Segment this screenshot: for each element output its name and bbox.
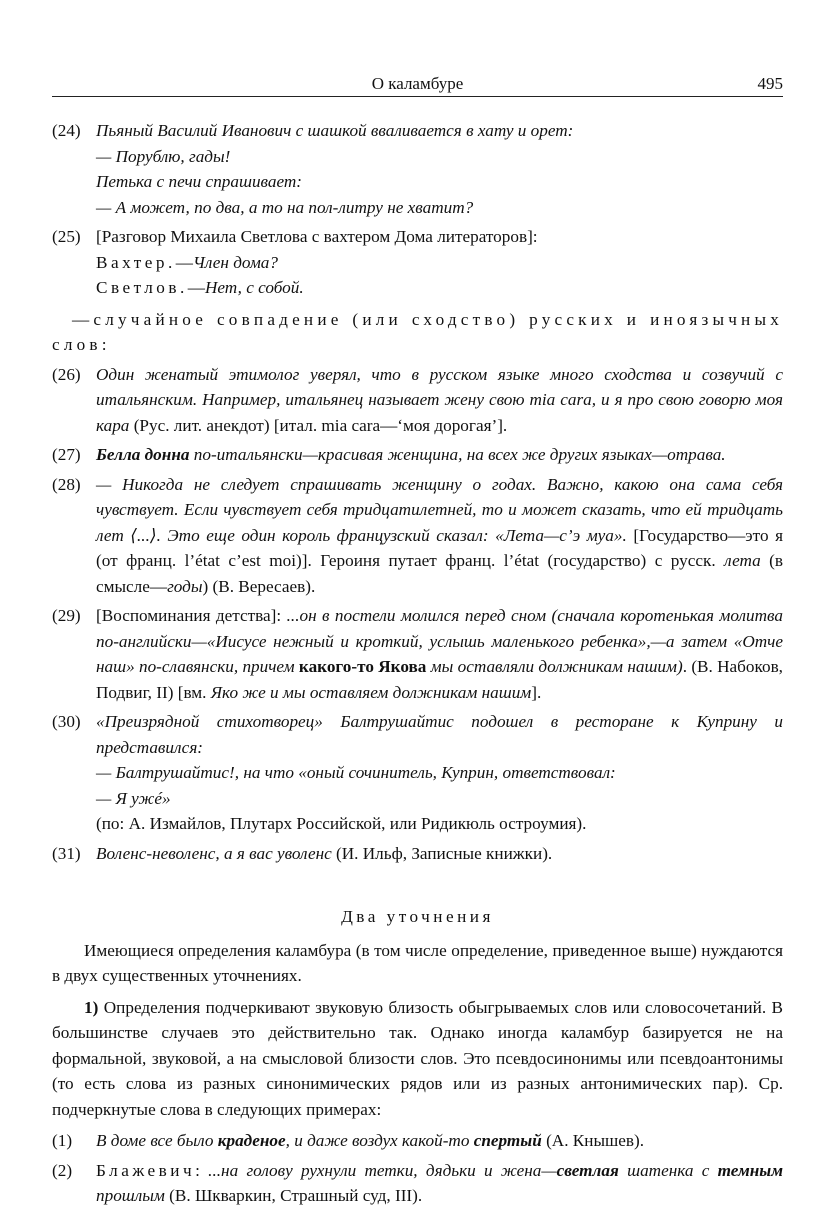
example-line: — Порублю, гады! bbox=[96, 144, 783, 170]
example-line: (по: А. Измайлов, Плутарх Российской, ил… bbox=[96, 811, 783, 837]
page-content: (24)Пьяный Василий Иванович с шашкой вва… bbox=[52, 118, 783, 1213]
text-run: — А может, по два, а то на пол-литру не … bbox=[96, 198, 473, 217]
paragraph-2: 1) Определения подчеркивают звуковую бли… bbox=[52, 995, 783, 1123]
example-number: (29) bbox=[52, 603, 96, 705]
text-run: — bbox=[188, 278, 205, 297]
example-item: (25)[Разговор Михаила Светлова с вахтеро… bbox=[52, 224, 783, 301]
text-run: какого-то Якова bbox=[299, 657, 426, 676]
example-number: (30) bbox=[52, 709, 96, 837]
example-line: Петька с печи спрашивает: bbox=[96, 169, 783, 195]
example-line: Светлов.—Нет, с собой. bbox=[96, 275, 783, 301]
example-text: Пьяный Василий Иванович с шашкой ввалива… bbox=[96, 118, 783, 220]
example-line: «Преизрядной стихотворец» Балтрушайтис п… bbox=[96, 709, 783, 760]
text-run: ...на голову рухнули тетки, дядьки и жен… bbox=[208, 1161, 557, 1180]
example-line: — Я ужé» bbox=[96, 786, 783, 812]
example-text: — Никогда не следует спрашивать женщину … bbox=[96, 472, 783, 600]
text-run: (А. Кнышев). bbox=[542, 1131, 644, 1150]
example-text: Воленс-неволенс, а я вас уволенс (И. Иль… bbox=[96, 841, 783, 867]
text-run: темным bbox=[718, 1161, 783, 1180]
example-item: (31)Воленс-неволенс, а я вас уволенс (И.… bbox=[52, 841, 783, 867]
text-run: — Порублю, гады! bbox=[96, 147, 230, 166]
page-number: 495 bbox=[758, 74, 784, 94]
example-item: (27)Белла донна по-итальянски—красивая ж… bbox=[52, 442, 783, 468]
example-line: [Воспоминания детства]: ...он в постели … bbox=[96, 603, 783, 705]
text-run: прошлым bbox=[96, 1186, 165, 1205]
paragraph-number: 1) bbox=[84, 998, 98, 1017]
example-item: (1)В доме все было краденое, и даже возд… bbox=[52, 1128, 783, 1154]
example-line: Блажевич: ...на голову рухнули тетки, дя… bbox=[96, 1158, 783, 1209]
text-run: лета bbox=[724, 551, 761, 570]
text-run: (В. Шкваркин, Страшный суд, III). bbox=[165, 1186, 422, 1205]
example-item: (2)Блажевич: ...на голову рухнули тетки,… bbox=[52, 1158, 783, 1209]
example-text: [Воспоминания детства]: ...он в постели … bbox=[96, 603, 783, 705]
example-number: (28) bbox=[52, 472, 96, 600]
example-line: В доме все было краденое, и даже воздух … bbox=[96, 1128, 783, 1154]
text-run: Пьяный Василий Иванович с шашкой ввалива… bbox=[96, 121, 573, 140]
text-run: [Воспоминания детства]: bbox=[96, 606, 287, 625]
text-run: ]. bbox=[531, 683, 541, 702]
text-run: Белла донна bbox=[96, 445, 189, 464]
example-line: — Никогда не следует спрашивать женщину … bbox=[96, 472, 783, 600]
text-run: мы оставляли должникам нашим) bbox=[426, 657, 682, 676]
paragraph-1: Имеющиеся определения каламбура (в том ч… bbox=[52, 938, 783, 989]
text-run: годы bbox=[167, 577, 202, 596]
example-line: Пьяный Василий Иванович с шашкой ввалива… bbox=[96, 118, 783, 144]
example-line: Вахтер.—Член дома? bbox=[96, 250, 783, 276]
text-run: (Рус. лит. анекдот) [итал. mia cara—‘моя… bbox=[129, 416, 507, 435]
example-line: — Балтрушайтис!, на что «оный сочинитель… bbox=[96, 760, 783, 786]
example-number: (1) bbox=[52, 1128, 96, 1154]
example-item: (30)«Преизрядной стихотворец» Балтрушайт… bbox=[52, 709, 783, 837]
text-run: [Разговор Михаила Светлова с вахтером До… bbox=[96, 227, 538, 246]
text-run: по-итальянски—красивая женщина, на всех … bbox=[189, 445, 725, 464]
text-run: Светлов. bbox=[96, 278, 188, 297]
text-run: «Преизрядной стихотворец» Балтрушайтис п… bbox=[96, 712, 783, 757]
paragraph-2-text: Определения подчеркивают звуковую близос… bbox=[52, 998, 783, 1119]
example-line: — А может, по два, а то на пол-литру не … bbox=[96, 195, 783, 221]
text-run: Яко же и мы оставляем должникам нашим bbox=[211, 683, 532, 702]
intro-line: —случайное совпадение (или сходство) рус… bbox=[52, 307, 783, 358]
text-run: Воленс-неволенс, а я вас уволенс bbox=[96, 844, 332, 863]
example-item: (28)— Никогда не следует спрашивать женщ… bbox=[52, 472, 783, 600]
text-run: спертый bbox=[474, 1131, 542, 1150]
example-item: (26)Один женатый этимолог уверял, что в … bbox=[52, 362, 783, 439]
text-run: шатенка с bbox=[619, 1161, 718, 1180]
example-text: Один женатый этимолог уверял, что в русс… bbox=[96, 362, 783, 439]
example-number: (26) bbox=[52, 362, 96, 439]
examples-list-a: (24)Пьяный Василий Иванович с шашкой вва… bbox=[52, 118, 783, 301]
example-number: (27) bbox=[52, 442, 96, 468]
example-number: (2) bbox=[52, 1158, 96, 1209]
text-run: Вахтер. bbox=[96, 253, 176, 272]
text-run: Блажевич bbox=[96, 1161, 195, 1180]
text-run: светлая bbox=[557, 1161, 619, 1180]
text-run: , и даже воздух какой-то bbox=[286, 1131, 474, 1150]
text-run: Петька с печи спрашивает: bbox=[96, 172, 302, 191]
text-run: (И. Ильф, Записные книжки). bbox=[332, 844, 552, 863]
example-text: В доме все было краденое, и даже воздух … bbox=[96, 1128, 783, 1154]
example-text: [Разговор Михаила Светлова с вахтером До… bbox=[96, 224, 783, 301]
example-item: (24)Пьяный Василий Иванович с шашкой вва… bbox=[52, 118, 783, 220]
example-number: (24) bbox=[52, 118, 96, 220]
example-number: (31) bbox=[52, 841, 96, 867]
text-run: ) (В. Вересаев). bbox=[203, 577, 316, 596]
section-title: Два уточнения bbox=[52, 904, 783, 930]
example-text: Белла донна по-итальянски—красивая женщи… bbox=[96, 442, 783, 468]
text-run: — bbox=[176, 253, 193, 272]
text-run: : bbox=[195, 1161, 208, 1180]
example-line: [Разговор Михаила Светлова с вахтером До… bbox=[96, 224, 783, 250]
example-item: (29)[Воспоминания детства]: ...он в пост… bbox=[52, 603, 783, 705]
example-line: Белла донна по-итальянски—красивая женщи… bbox=[96, 442, 783, 468]
text-run: (по: А. Измайлов, Плутарх Российской, ил… bbox=[96, 814, 586, 833]
text-run: краденое bbox=[218, 1131, 286, 1150]
text-run: В доме все было bbox=[96, 1131, 218, 1150]
example-line: Воленс-неволенс, а я вас уволенс (И. Иль… bbox=[96, 841, 783, 867]
text-run: Нет, с собой. bbox=[205, 278, 304, 297]
example-number: (25) bbox=[52, 224, 96, 301]
text-run: Член дома? bbox=[193, 253, 278, 272]
example-text: Блажевич: ...на голову рухнули тетки, дя… bbox=[96, 1158, 783, 1209]
text-run: — Я ужé» bbox=[96, 789, 171, 808]
examples-list-c: (1)В доме все было краденое, и даже возд… bbox=[52, 1128, 783, 1209]
running-title: О каламбуре bbox=[52, 74, 783, 94]
text-run: — Балтрушайтис!, на что «оный сочинитель… bbox=[96, 763, 616, 782]
running-head: О каламбуре 495 bbox=[52, 72, 783, 97]
example-line: Один женатый этимолог уверял, что в русс… bbox=[96, 362, 783, 439]
example-text: «Преизрядной стихотворец» Балтрушайтис п… bbox=[96, 709, 783, 837]
examples-list-b: (26)Один женатый этимолог уверял, что в … bbox=[52, 362, 783, 867]
